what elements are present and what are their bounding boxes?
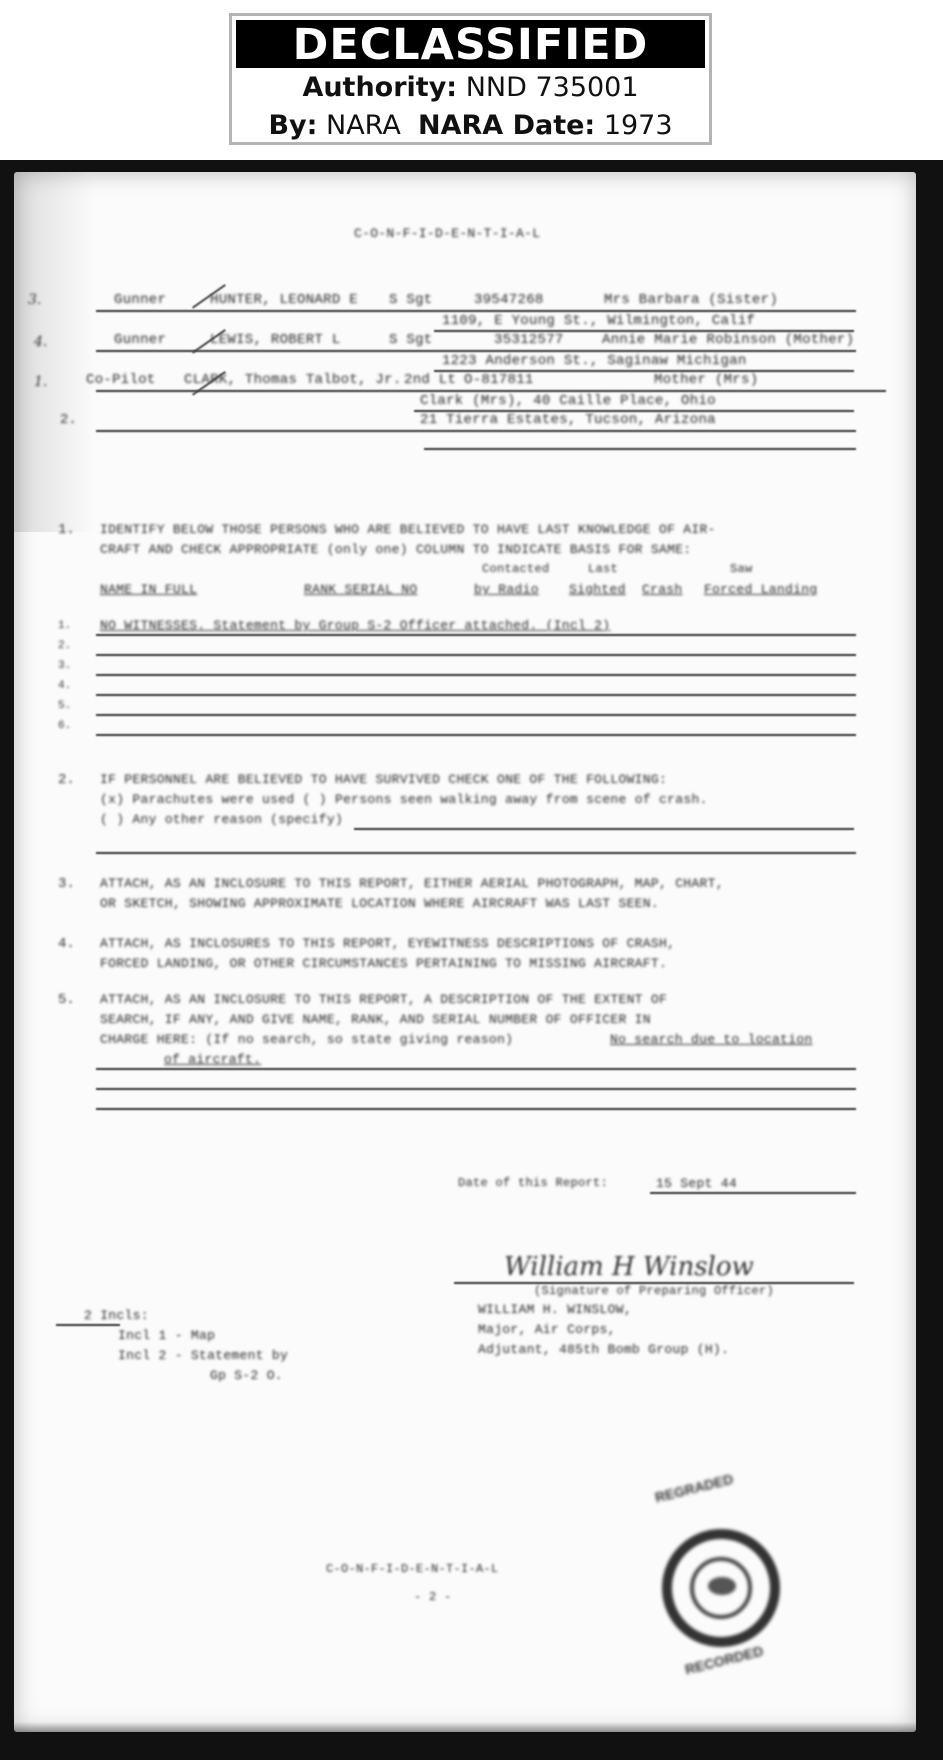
by-label: By:: [268, 110, 317, 141]
section1-line2: CRAFT AND CHECK APPROPRIATE (only one) C…: [100, 542, 691, 557]
footer-classification: C-O-N-F-I-D-E-N-T-I-A-L: [326, 1562, 499, 1576]
crew-rule-3: [96, 390, 886, 392]
recorded-stamp: RECORDED: [683, 1643, 765, 1678]
inclosures-rule: [56, 1324, 120, 1326]
section5-rule-2: [96, 1088, 856, 1090]
witness-row-text: NO WITNESSES. Statement by Group S-2 Off…: [100, 618, 610, 633]
inclosure-1: Incl 1 - Map: [118, 1328, 215, 1343]
crew-marker-2: 4.: [34, 334, 47, 350]
nara-date-value: 1973: [604, 110, 673, 141]
crew-address-1: 1109, E Young St., Wilmington, Calif: [442, 313, 755, 329]
section5-rule-1: [96, 1068, 856, 1070]
signature-caption: (Signature of Preparing Officer): [534, 1284, 774, 1298]
crew-kin-2: Annie Marie Robinson (Mother): [602, 332, 854, 348]
col-saw-top: Saw: [730, 562, 753, 576]
section3-line1: ATTACH, AS AN INCLOSURE TO THIS REPORT, …: [100, 876, 724, 891]
crew-rank-2: S Sgt: [389, 332, 433, 348]
crew-address-3: Clark (Mrs), 40 Caille Place, Ohio: [420, 393, 716, 409]
scanned-page: C-O-N-F-I-D-E-N-T-I-A-L 3. Gunner HUNTER…: [0, 160, 943, 1760]
page-number: - 2 -: [414, 1590, 452, 1604]
inclosures-heading: 2 Incls:: [84, 1308, 149, 1323]
crew-serial-1: 39547268: [474, 292, 544, 308]
crew-position-3: Co-Pilot: [86, 372, 156, 388]
witness-row-rule: [96, 674, 856, 676]
crew-address-4: 21 Tierra Estates, Tucson, Arizona: [420, 412, 716, 428]
declassified-banner: DECLASSIFIED Authority: NND 735001 By: N…: [229, 13, 712, 145]
crew-marker-4: 2.: [60, 412, 77, 428]
col-forced-landing: Forced Landing: [704, 582, 817, 597]
checkbox-checked: (x): [100, 792, 124, 807]
crew-name-1: HUNTER, LEONARD E: [210, 292, 358, 308]
banner-authority: Authority: NND 735001: [232, 72, 709, 103]
section4-number: 4.: [58, 936, 75, 952]
col-last-sighted: Sighted: [569, 582, 626, 597]
crew-position-1: Gunner: [114, 292, 166, 308]
crew-rule-2: [96, 350, 856, 352]
checkbox-unchecked: ( ): [100, 812, 124, 827]
crew-rank-3: 2nd Lt: [404, 372, 456, 388]
col-name-in-full: NAME IN FULL: [100, 582, 197, 597]
crew-serial-3: O-817811: [464, 372, 534, 388]
crew-marker-3: 1.: [34, 374, 47, 390]
official-seal-icon: [662, 1529, 780, 1647]
document-paper: C-O-N-F-I-D-E-N-T-I-A-L 3. Gunner HUNTER…: [14, 172, 916, 1732]
signer-title: Adjutant, 485th Bomb Group (H).: [478, 1342, 729, 1357]
section5-answer-2: of aircraft.: [164, 1052, 261, 1067]
crew-name-2: LEWIS, ROBERT L: [210, 332, 341, 348]
crew-rule-4: [96, 430, 856, 432]
section4-line1: ATTACH, AS INCLOSURES TO THIS REPORT, EY…: [100, 936, 675, 951]
section3-line2: OR SKETCH, SHOWING APPROXIMATE LOCATION …: [100, 896, 659, 911]
report-date-label: Date of this Report:: [458, 1176, 608, 1190]
authority-label: Authority:: [302, 72, 457, 103]
witness-row-rule: [96, 694, 856, 696]
crew-name-3: CLARK, Thomas Talbot, Jr.: [184, 372, 402, 388]
crew-rule-5: [424, 448, 856, 450]
regraded-stamp: REGRADED: [653, 1471, 735, 1506]
witness-row-rule: [96, 714, 856, 716]
report-date-value: 15 Sept 44: [656, 1176, 737, 1191]
crew-kin-1: Mrs Barbara (Sister): [604, 292, 778, 308]
section4-line2: FORCED LANDING, OR OTHER CIRCUMSTANCES P…: [100, 956, 667, 971]
col-last-top: Last: [588, 562, 618, 576]
nara-date-label: NARA Date:: [418, 110, 595, 141]
crew-rule-1: [96, 310, 856, 312]
witness-row-rule: [96, 634, 856, 636]
inclosure-2-cont: Gp S-2 O.: [210, 1368, 283, 1383]
signature: William H Winslow: [504, 1252, 754, 1282]
witness-row-number: 3.: [58, 660, 71, 672]
crew-marker-1: 3.: [28, 292, 41, 308]
crew-position-2: Gunner: [114, 332, 166, 348]
witness-row-rule: [96, 654, 856, 656]
report-date-rule: [650, 1192, 856, 1194]
crew-serial-2: 35312577: [494, 332, 564, 348]
authority-value: NND 735001: [466, 72, 639, 103]
witness-row-number: 2.: [58, 640, 71, 652]
witness-row-number: 1.: [58, 620, 71, 632]
section5-line3: CHARGE HERE: (If no search, so state giv…: [100, 1032, 513, 1047]
section1-line1: IDENTIFY BELOW THOSE PERSONS WHO ARE BEL…: [100, 522, 716, 537]
section5-answer-1: No search due to location: [610, 1032, 813, 1047]
col-saw-crash: Crash: [642, 582, 683, 597]
signer-rank: Major, Air Corps,: [478, 1322, 616, 1337]
signer-name: WILLIAM H. WINSLOW,: [478, 1302, 632, 1317]
crew-address-2: 1223 Anderson St., Saginaw Michigan: [442, 353, 747, 369]
section2-number: 2.: [58, 772, 75, 788]
col-rank-serial: RANK SERIAL NO: [304, 582, 417, 597]
checkbox-unchecked: ( ): [303, 792, 327, 807]
witness-row-number: 4.: [58, 680, 71, 692]
section2-rule-2: [96, 852, 856, 854]
crew-kin-3: Mother (Mrs): [654, 372, 758, 388]
section2-option-other: ( ) Any other reason (specify): [100, 812, 343, 827]
section2-option-parachutes: (x) Parachutes were used ( ) Persons see…: [100, 792, 708, 807]
col-contacted-top: Contacted: [482, 562, 550, 576]
section2-rule-1: [354, 828, 854, 830]
banner-by-date: By: NARA NARA Date: 1973: [232, 110, 709, 141]
witness-row-rule: [96, 734, 856, 736]
crew-rank-1: S Sgt: [389, 292, 433, 308]
section5-number: 5.: [58, 992, 75, 1008]
by-value: NARA: [326, 110, 401, 141]
banner-title: DECLASSIFIED: [236, 20, 705, 68]
inclosure-2: Incl 2 - Statement by: [118, 1348, 288, 1363]
section1-number: 1.: [58, 522, 75, 538]
section5-line2: SEARCH, IF ANY, AND GIVE NAME, RANK, AND…: [100, 1012, 651, 1027]
col-contacted: by Radio: [474, 582, 539, 597]
section5-line1: ATTACH, AS AN INCLOSURE TO THIS REPORT, …: [100, 992, 667, 1007]
section2-text: IF PERSONNEL ARE BELIEVED TO HAVE SURVIV…: [100, 772, 667, 787]
section5-rule-3: [96, 1108, 856, 1110]
witness-row-number: 6.: [58, 720, 71, 732]
section3-number: 3.: [58, 876, 75, 892]
witness-row-number: 5.: [58, 700, 71, 712]
header-classification: C-O-N-F-I-D-E-N-T-I-A-L: [354, 226, 540, 241]
